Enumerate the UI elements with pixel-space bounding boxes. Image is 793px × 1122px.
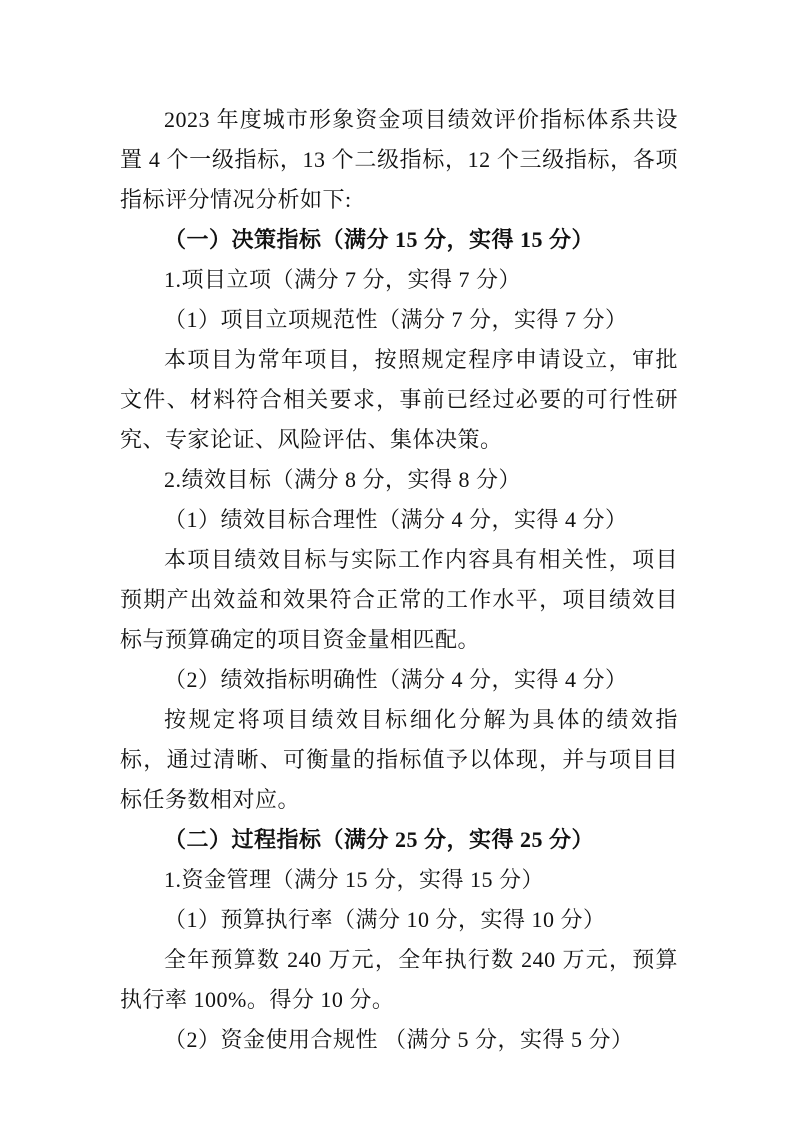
paragraph-budget-execution-description: 全年预算数 240 万元，全年执行数 240 万元，预算执行率 100%。得分 … bbox=[120, 940, 678, 1020]
subitem-1-goal-rationality: （1）绩效目标合理性（满分 4 分，实得 4 分） bbox=[120, 500, 678, 540]
subitem-1-budget-execution-rate: （1）预算执行率（满分 10 分，实得 10 分） bbox=[120, 900, 678, 940]
document-page: 2023 年度城市形象资金项目绩效评价指标体系共设置 4 个一级指标，13 个二… bbox=[0, 0, 793, 1122]
paragraph-indicator-clarity-description: 按规定将项目绩效目标细化分解为具体的绩效指标，通过清晰、可衡量的指标值予以体现，… bbox=[120, 700, 678, 820]
subitem-2-fund-use-compliance: （2）资金使用合规性 （满分 5 分，实得 5 分） bbox=[120, 1020, 678, 1060]
heading-section-1-decision-indicators: （一）决策指标（满分 15 分，实得 15 分） bbox=[120, 220, 678, 260]
item-1-project-initiation: 1.项目立项（满分 7 分，实得 7 分） bbox=[120, 260, 678, 300]
item-1-fund-management: 1.资金管理（满分 15 分，实得 15 分） bbox=[120, 860, 678, 900]
item-2-performance-goals: 2.绩效目标（满分 8 分，实得 8 分） bbox=[120, 460, 678, 500]
paragraph-goal-rationality-description: 本项目绩效目标与实际工作内容具有相关性，项目预期产出效益和效果符合正常的工作水平… bbox=[120, 540, 678, 660]
subitem-2-indicator-clarity: （2）绩效指标明确性（满分 4 分，实得 4 分） bbox=[120, 660, 678, 700]
subitem-1-initiation-standardization: （1）项目立项规范性（满分 7 分，实得 7 分） bbox=[120, 300, 678, 340]
paragraph-intro: 2023 年度城市形象资金项目绩效评价指标体系共设置 4 个一级指标，13 个二… bbox=[120, 100, 678, 220]
document-body: 2023 年度城市形象资金项目绩效评价指标体系共设置 4 个一级指标，13 个二… bbox=[120, 100, 678, 1060]
heading-section-2-process-indicators: （二）过程指标（满分 25 分，实得 25 分） bbox=[120, 820, 678, 860]
paragraph-initiation-description: 本项目为常年项目，按照规定程序申请设立，审批文件、材料符合相关要求，事前已经过必… bbox=[120, 340, 678, 460]
